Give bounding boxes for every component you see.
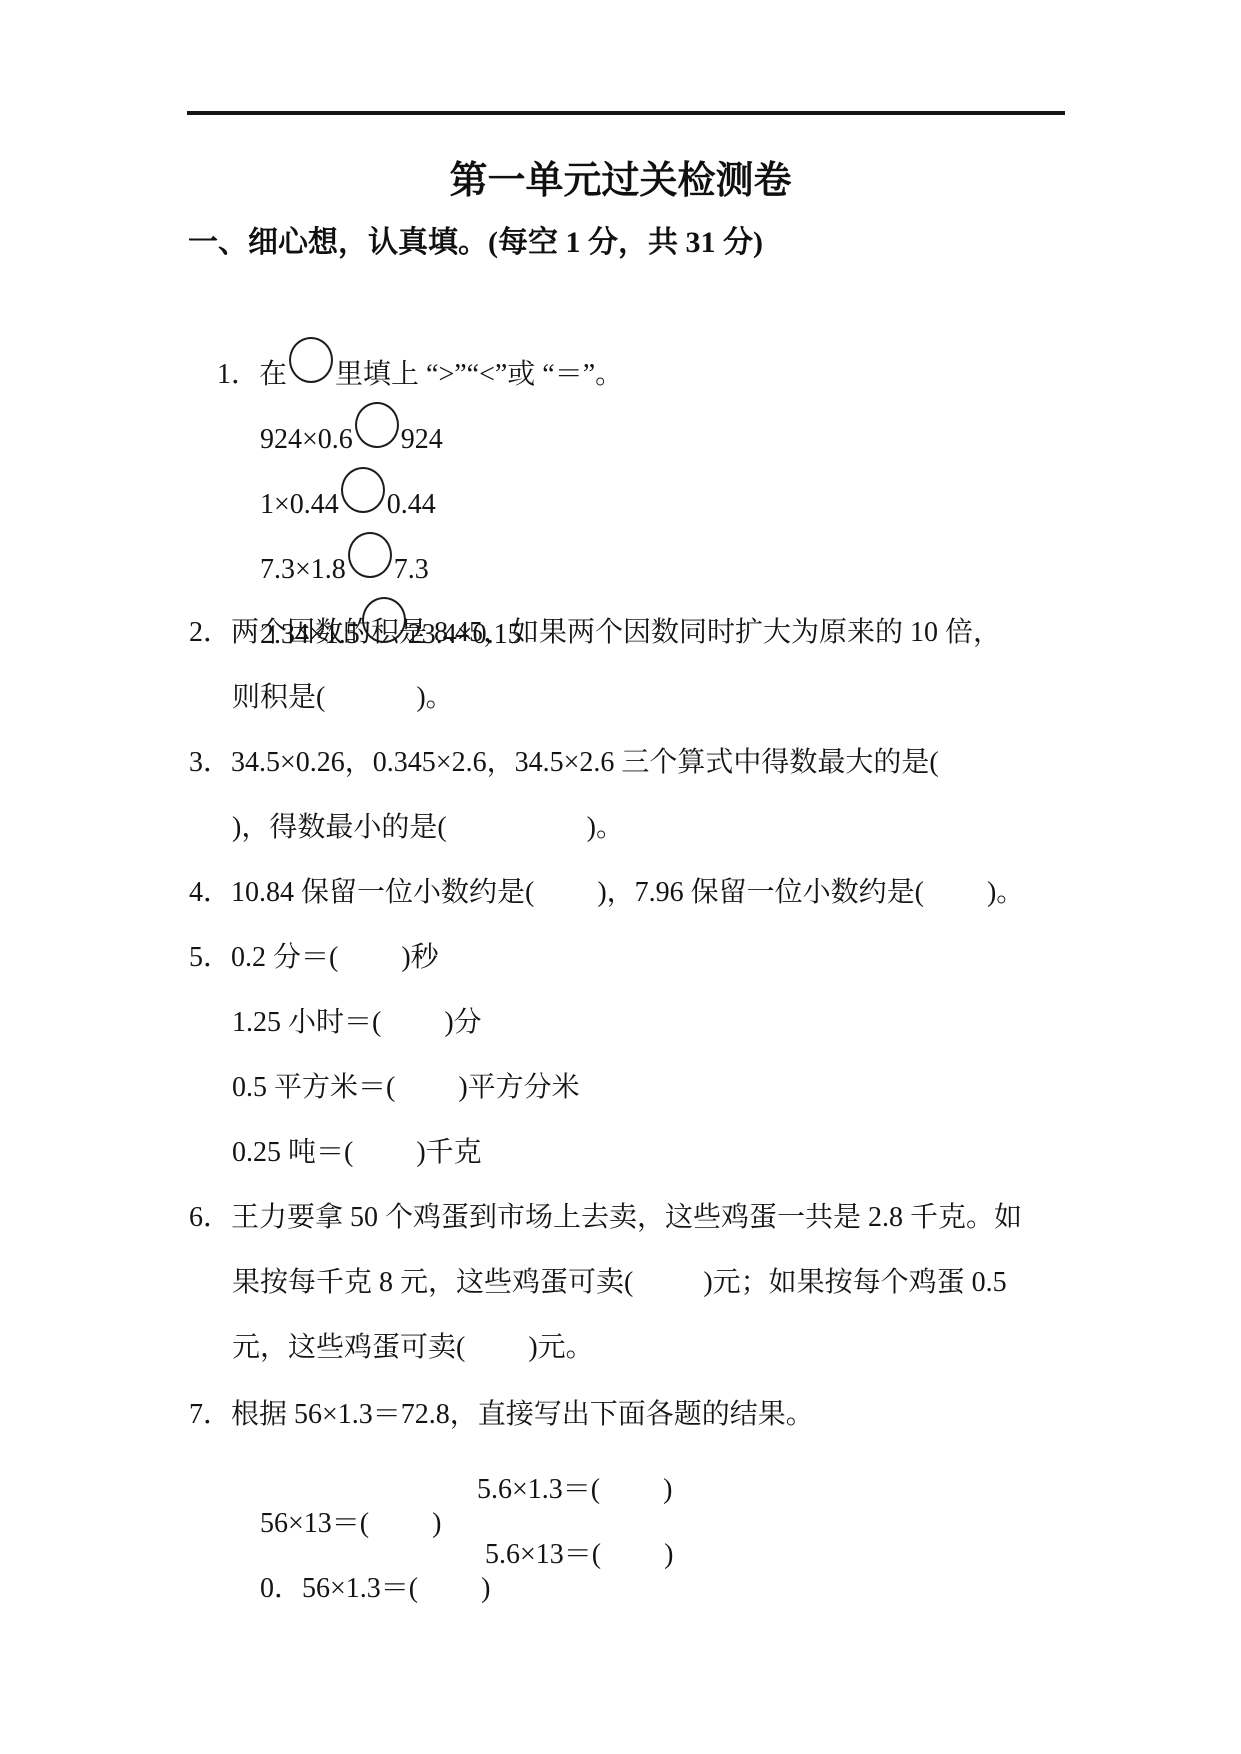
question-5-line-4: 0.25 吨＝( )千克 [232,1136,482,1170]
worksheet-page: 第一单元过关检测卷 一、细心想，认真填。(每空 1 分，共 31 分) 1．在里… [0,0,1241,1754]
question-7-row-2: 0．56×1.3＝( ) 5.6×13＝( ) [232,1538,490,1674]
question-6-line-1: 6．王力要拿 50 个鸡蛋到市场上去卖，这些鸡蛋一共是 2.8 千克。如 [189,1201,1022,1235]
header-rule [187,111,1065,115]
q7-row2-expression-1: 0．56×1.3＝( ) [260,1573,490,1604]
question-3-line-2: )，得数最小的是( )。 [232,811,624,845]
q7-row1-expression-1: 56×13＝( ) [260,1508,441,1539]
question-7-line-1: 7．根据 56×1.3＝72.8，直接写出下面各题的结果。 [189,1398,814,1432]
question-6-line-2: 果按每千克 8 元，这些鸡蛋可卖( )元；如果按每个鸡蛋 0.5 [232,1266,1007,1300]
question-4-line: 4．10.84 保留一位小数约是( )，7.96 保留一位小数约是( )。 [189,876,1024,910]
page-title: 第一单元过关检测卷 [0,158,1241,204]
question-2-line-2: 则积是( )。 [232,681,454,715]
section-one-heading: 一、细心想，认真填。(每空 1 分，共 31 分) [188,224,763,262]
question-5-line-1: 5．0.2 分＝( )秒 [189,941,439,975]
question-2-line-1: 2．两个因数的积是 8.45，如果两个因数同时扩大为原来的 10 倍， [189,616,1001,650]
question-5-line-3: 0.5 平方米＝( )平方分米 [232,1071,580,1105]
question-5-line-2: 1.25 小时＝( )分 [232,1006,482,1040]
question-3-line-1: 3．34.5×0.26，0.345×2.6，34.5×2.6 三个算式中得数最大… [189,746,939,780]
question-6-line-3: 元，这些鸡蛋可卖( )元。 [232,1331,594,1365]
q7-row1-expression-2: 5.6×1.3＝( ) [477,1473,672,1507]
q7-row2-expression-2: 5.6×13＝( ) [485,1538,673,1572]
